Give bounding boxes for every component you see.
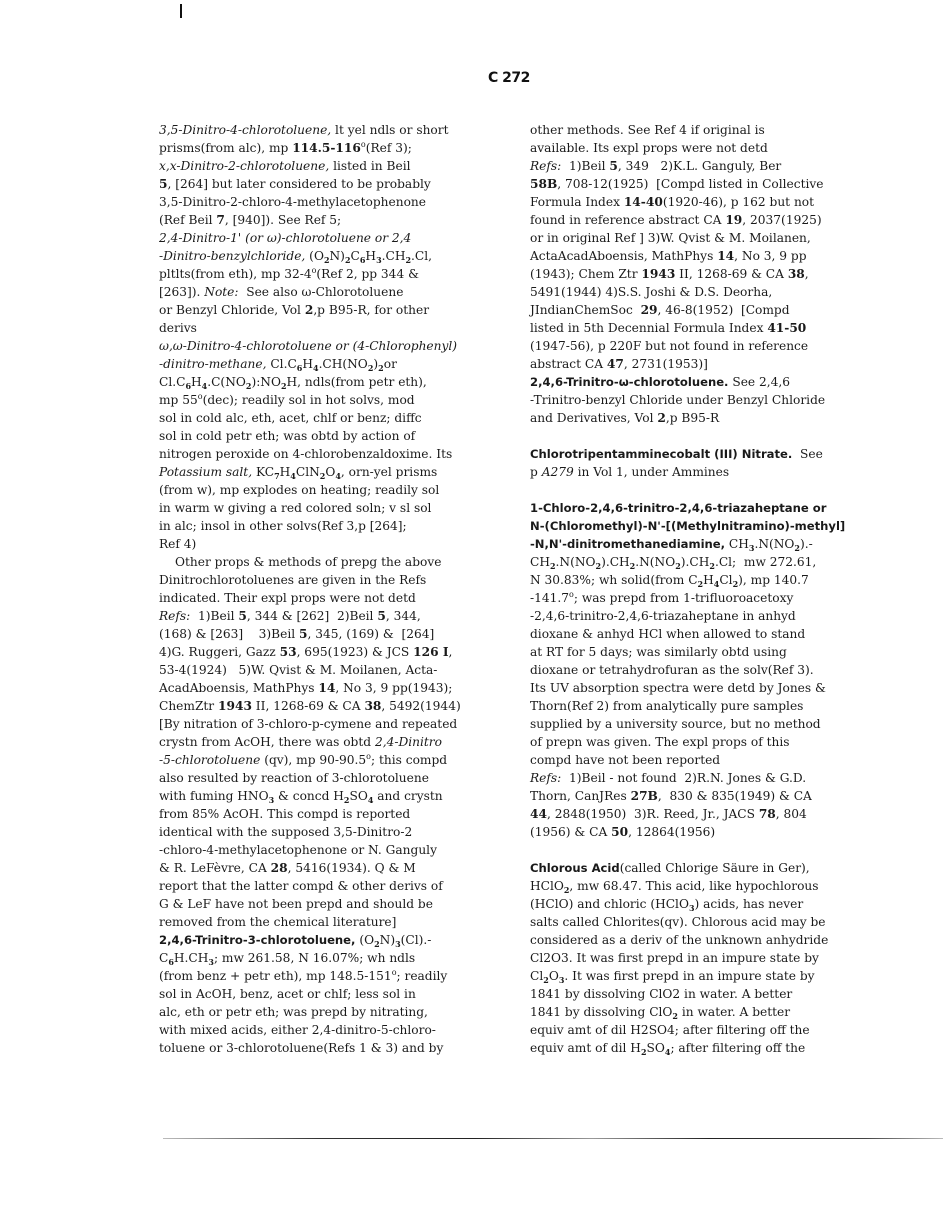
entry-heading: 1-Chloro-2,4,6-trinitro-2,4,6-triazahept… <box>530 499 826 517</box>
text-line: (Ref Beil 7, [940]). See Ref 5; <box>159 211 341 229</box>
page-number: C 272 <box>488 70 530 86</box>
text-line: -Trinitro-benzyl Chloride under Benzyl C… <box>530 391 825 409</box>
refs-line: (1956) & CA 50, 12864(1956) <box>530 823 715 841</box>
text-line: also resulted by reaction of 3-chlorotol… <box>159 769 429 787</box>
text-line: or Benzyl Chloride, Vol 2,p B95-R, for o… <box>159 301 429 319</box>
refs-line: 44, 2848(1950) 3)R. Reed, Jr., JACS 78, … <box>530 805 807 823</box>
text-line: (from benz + petr eth), mp 148.5-151o; r… <box>159 967 447 985</box>
text-line: compd have not been reported <box>530 751 720 769</box>
text-line: with mixed acids, either 2,4-dinitro-5-c… <box>159 1021 436 1039</box>
entry-heading: -N,N'-dinitromethanediamine, CH3.N(NO2).… <box>530 535 813 553</box>
refs-line: 4)G. Ruggeri, Gazz 53, 695(1923) & JCS 1… <box>159 643 452 661</box>
text-line: prisms(from alc), mp 114.5-116o(Ref 3); <box>159 139 412 157</box>
text-line: crystn from AcOH, there was obtd 2,4-Din… <box>159 733 442 751</box>
text-line: CH2.N(NO2).CH2.N(NO2).CH2.Cl; mw 272.61, <box>530 553 816 571</box>
text-line: Ref 4) <box>159 535 196 553</box>
text-line: -Dinitro-benzylchloride, (O2N)2C6H3.CH2.… <box>159 247 432 265</box>
refs-line: listed in 5th Decennial Formula Index 41… <box>530 319 806 337</box>
entry-heading: N-(Chloromethyl)-N'-[(Methylnitramino)-m… <box>530 517 845 535</box>
text-line: in warm w giving a red colored soln; v s… <box>159 499 431 517</box>
text-line: 1841 by dissolving ClO2 in water. A bett… <box>530 985 792 1003</box>
refs-line: (168) & [263] 3)Beil 5, 345, (169) & [26… <box>159 625 434 643</box>
text-line: from 85% AcOH. This compd is reported <box>159 805 410 823</box>
text-line: toluene or 3-chlorotoluene(Refs 1 & 3) a… <box>159 1039 443 1057</box>
text-line: N 30.83%; wh solid(from C2H4Cl2), mp 140… <box>530 571 809 589</box>
refs-line: 5491(1944) 4)S.S. Joshi & D.S. Deorha, <box>530 283 772 301</box>
refs-line: Refs: 1)Beil 5, 344 & [262] 2)Beil 5, 34… <box>159 607 421 625</box>
text-line: Cl2O3. It was first prepd in an impure s… <box>530 967 815 985</box>
refs-line: JIndianChemSoc 29, 46-8(1952) [Compd <box>530 301 790 319</box>
text-line: -141.7o; was prepd from 1-trifluoroaceto… <box>530 589 793 607</box>
refs-line: (1947-56), p 220F but not found in refer… <box>530 337 808 355</box>
text-line: of prepn was given. The expl props of th… <box>530 733 790 751</box>
entry-heading: 3,5-Dinitro-4-chlorotoluene, lt yel ndls… <box>159 121 448 139</box>
text-line: available. Its expl props were not detd <box>530 139 768 157</box>
text-line: Thorn(Ref 2) from analytically pure samp… <box>530 697 803 715</box>
entry-heading: 2,4-Dinitro-1' (or ω)-chlorotoluene or 2… <box>159 229 411 247</box>
text-line: sol in cold alc, eth, acet, chlf or benz… <box>159 409 422 427</box>
text-line: G & LeF have not been prepd and should b… <box>159 895 433 913</box>
text-line: equiv amt of dil H2SO4; after filtering … <box>530 1021 810 1039</box>
text-line: at RT for 5 days; was similarly obtd usi… <box>530 643 787 661</box>
text-line: alc, eth or petr eth; was prepd by nitra… <box>159 1003 428 1021</box>
refs-line: ActaAcadAboensis, MathPhys 14, No 3, 9 p… <box>530 247 807 265</box>
entry-heading: 2,4,6-Trinitro-3-chlorotoluene, (O2N)3(C… <box>159 931 431 949</box>
text-line: Its UV absorption spectra were detd by J… <box>530 679 826 697</box>
text-line: -2,4,6-trinitro-2,4,6-triazaheptane in a… <box>530 607 796 625</box>
refs-line: or in original Ref ] 3)W. Qvist & M. Moi… <box>530 229 811 247</box>
text-line: in alc; insol in other solvs(Ref 3,p [26… <box>159 517 407 535</box>
refs-line: Refs: 1)Beil 5, 349 2)K.L. Ganguly, Ber <box>530 157 781 175</box>
text-line: (HClO) and chloric (HClO3) acids, has ne… <box>530 895 803 913</box>
text-line: derivs <box>159 319 197 337</box>
text-line: 3,5-Dinitro-2-chloro-4-methylacetophenon… <box>159 193 426 211</box>
text-line: identical with the supposed 3,5-Dinitro-… <box>159 823 412 841</box>
entry-heading: Chlorous Acid(called Chlorige Säure in G… <box>530 859 810 877</box>
text-line: nitrogen peroxide on 4-chlorobenzaldoxim… <box>159 445 452 463</box>
refs-line: AcadAboensis, MathPhys 14, No 3, 9 pp(19… <box>159 679 452 697</box>
text-line: salts called Chlorites(qv). Chlorous aci… <box>530 913 825 931</box>
text-line: [263]). Note: See also ω-Chlorotoluene <box>159 283 403 301</box>
text-line: Dinitrochlorotoluenes are given in the R… <box>159 571 426 589</box>
text-line: pltlts(from eth), mp 32-4o(Ref 2, pp 344… <box>159 265 419 283</box>
entry-heading: 2,4,6-Trinitro-ω-chlorotoluene. See 2,4,… <box>530 373 790 391</box>
text-line: 1841 by dissolving ClO2 in water. A bett… <box>530 1003 790 1021</box>
text-line: HClO2, mw 68.47. This acid, like hypochl… <box>530 877 819 895</box>
refs-line: 58B, 708-12(1925) [Compd listed in Colle… <box>530 175 823 193</box>
text-line: report that the latter compd & other der… <box>159 877 443 895</box>
text-line: & R. LeFèvre, CA 28, 5416(1934). Q & M <box>159 859 416 877</box>
text-line: and Derivatives, Vol 2,p B95-R <box>530 409 719 427</box>
text-line: (from w), mp explodes on heating; readil… <box>159 481 439 499</box>
text-line: sol in AcOH, benz, acet or chlf; less so… <box>159 985 416 1003</box>
refs-line: Refs: 1)Beil - not found 2)R.N. Jones & … <box>530 769 806 787</box>
entry-heading: Chlorotripentamminecobalt (III) Nitrate.… <box>530 445 823 463</box>
text-line: with fuming HNO3 & concd H2SO4 and cryst… <box>159 787 443 805</box>
text-line: Potassium salt, KC7H4ClN2O4, orn-yel pri… <box>159 463 437 481</box>
text-line: -chloro-4-methylacetophenone or N. Gangu… <box>159 841 437 859</box>
entry-heading: x,x-Dinitro-2-chlorotoluene, listed in B… <box>159 157 411 175</box>
refs-line: ChemZtr 1943 II, 1268-69 & CA 38, 5492(1… <box>159 697 461 715</box>
refs-line: Formula Index 14-40(1920-46), p 162 but … <box>530 193 814 211</box>
text-line: [By nitration of 3-chloro-p-cymene and r… <box>159 715 457 733</box>
refs-line: abstract CA 47, 2731(1953)] <box>530 355 708 373</box>
text-line: p A279 in Vol 1, under Ammines <box>530 463 729 481</box>
text-line: other methods. See Ref 4 if original is <box>530 121 765 139</box>
entry-heading: ω,ω-Dinitro-4-chlorotoluene or (4-Chloro… <box>159 337 457 355</box>
footer-rule <box>163 1138 943 1139</box>
text-line: Cl.C6H4.C(NO2):NO2H, ndls(from petr eth)… <box>159 373 427 391</box>
text-line: C6H.CH3; mw 261.58, N 16.07%; wh ndls <box>159 949 415 967</box>
refs-line: (1943); Chem Ztr 1943 II, 1268-69 & CA 3… <box>530 265 809 283</box>
text-line: supplied by a university source, but no … <box>530 715 821 733</box>
text-line: -5-chlorotoluene (qv), mp 90-90.5o; this… <box>159 751 447 769</box>
text-line: Cl2O3. It was first prepd in an impure s… <box>530 949 819 967</box>
refs-line: found in reference abstract CA 19, 2037(… <box>530 211 822 229</box>
text-line: considered as a deriv of the unknown anh… <box>530 931 828 949</box>
text-line: Other props & methods of prepg the above <box>175 553 441 571</box>
text-line: indicated. Their expl props were not det… <box>159 589 416 607</box>
refs-line: 53-4(1924) 5)W. Qvist & M. Moilanen, Act… <box>159 661 437 679</box>
text-line: equiv amt of dil H2SO4; after filtering … <box>530 1039 805 1057</box>
text-line: mp 55o(dec); readily sol in hot solvs, m… <box>159 391 415 409</box>
text-line: dioxane & anhyd HCl when allowed to stan… <box>530 625 805 643</box>
margin-mark <box>180 4 182 18</box>
text-line: -dinitro-methane, Cl.C6H4.CH(NO2)2or <box>159 355 397 373</box>
text-line: dioxane or tetrahydrofuran as the solv(R… <box>530 661 814 679</box>
refs-line: Thorn, CanJRes 27B, 830 & 835(1949) & CA <box>530 787 812 805</box>
text-line: removed from the chemical literature] <box>159 913 396 931</box>
text-line: sol in cold petr eth; was obtd by action… <box>159 427 415 445</box>
text-line: 5, [264] but later considered to be prob… <box>159 175 431 193</box>
